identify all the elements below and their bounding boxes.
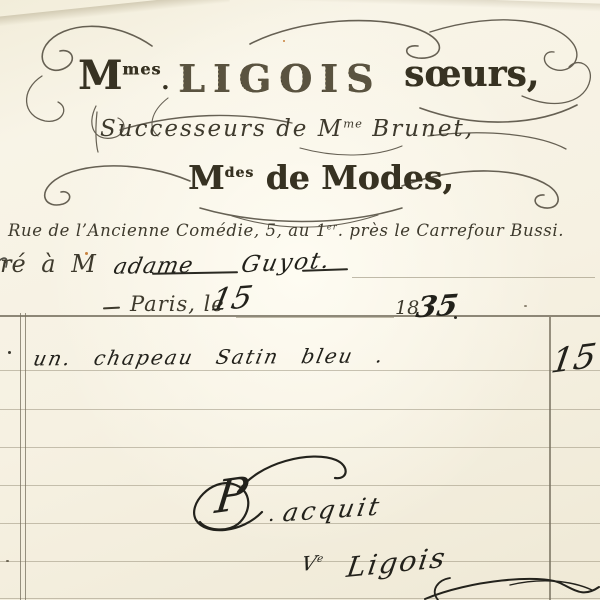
ink-speck: [8, 351, 11, 354]
customer-surname-handwritten: Guyot.: [239, 248, 334, 279]
signature-initial: P: [213, 466, 251, 524]
pen-stroke: [152, 271, 238, 275]
left-margin-rule: [25, 313, 26, 600]
customer-name-handwritten: adame: [111, 253, 195, 279]
ink-speck: [6, 560, 9, 562]
foxing-speck: [283, 40, 285, 42]
paper-crease: [0, 0, 230, 30]
signature-surname: Ligois: [345, 541, 449, 584]
delivered-to-printed: ré à M: [0, 250, 96, 278]
printed-dash: [103, 307, 120, 310]
item-description-handwritten: un. chapeau Satin bleu .: [31, 343, 387, 370]
address-line: Rue de l’Ancienne Comédie, 5, au 1er. pr…: [8, 221, 564, 240]
mesdames-abbreviation: Mmes.: [78, 52, 169, 99]
signature-acquit-word: acquit: [281, 492, 385, 528]
signature-dot: .: [268, 502, 274, 526]
ink-dot: [454, 316, 457, 319]
signature-name-prefix: Ve: [300, 550, 326, 576]
foxing-speck: [85, 252, 88, 255]
successors-line: Successeurs de Mme Brunet,: [100, 116, 474, 142]
soeurs-label: sœurs,: [404, 53, 539, 95]
left-margin-rule: [20, 313, 21, 600]
date-day-handwritten: 15: [208, 279, 255, 318]
form-fill-line: [236, 317, 394, 318]
item-price-handwritten: 15: [548, 336, 598, 382]
ink-speck: [524, 305, 527, 307]
date-year-handwritten: 35: [414, 288, 461, 325]
invoice-scan: Mmes. LIGOIS sœurs, Successeurs de Mme B…: [0, 0, 600, 600]
form-fill-line: [352, 277, 595, 278]
brand-name: LIGOIS: [178, 56, 381, 101]
trade-title: Mdes de Modes,: [188, 158, 454, 197]
